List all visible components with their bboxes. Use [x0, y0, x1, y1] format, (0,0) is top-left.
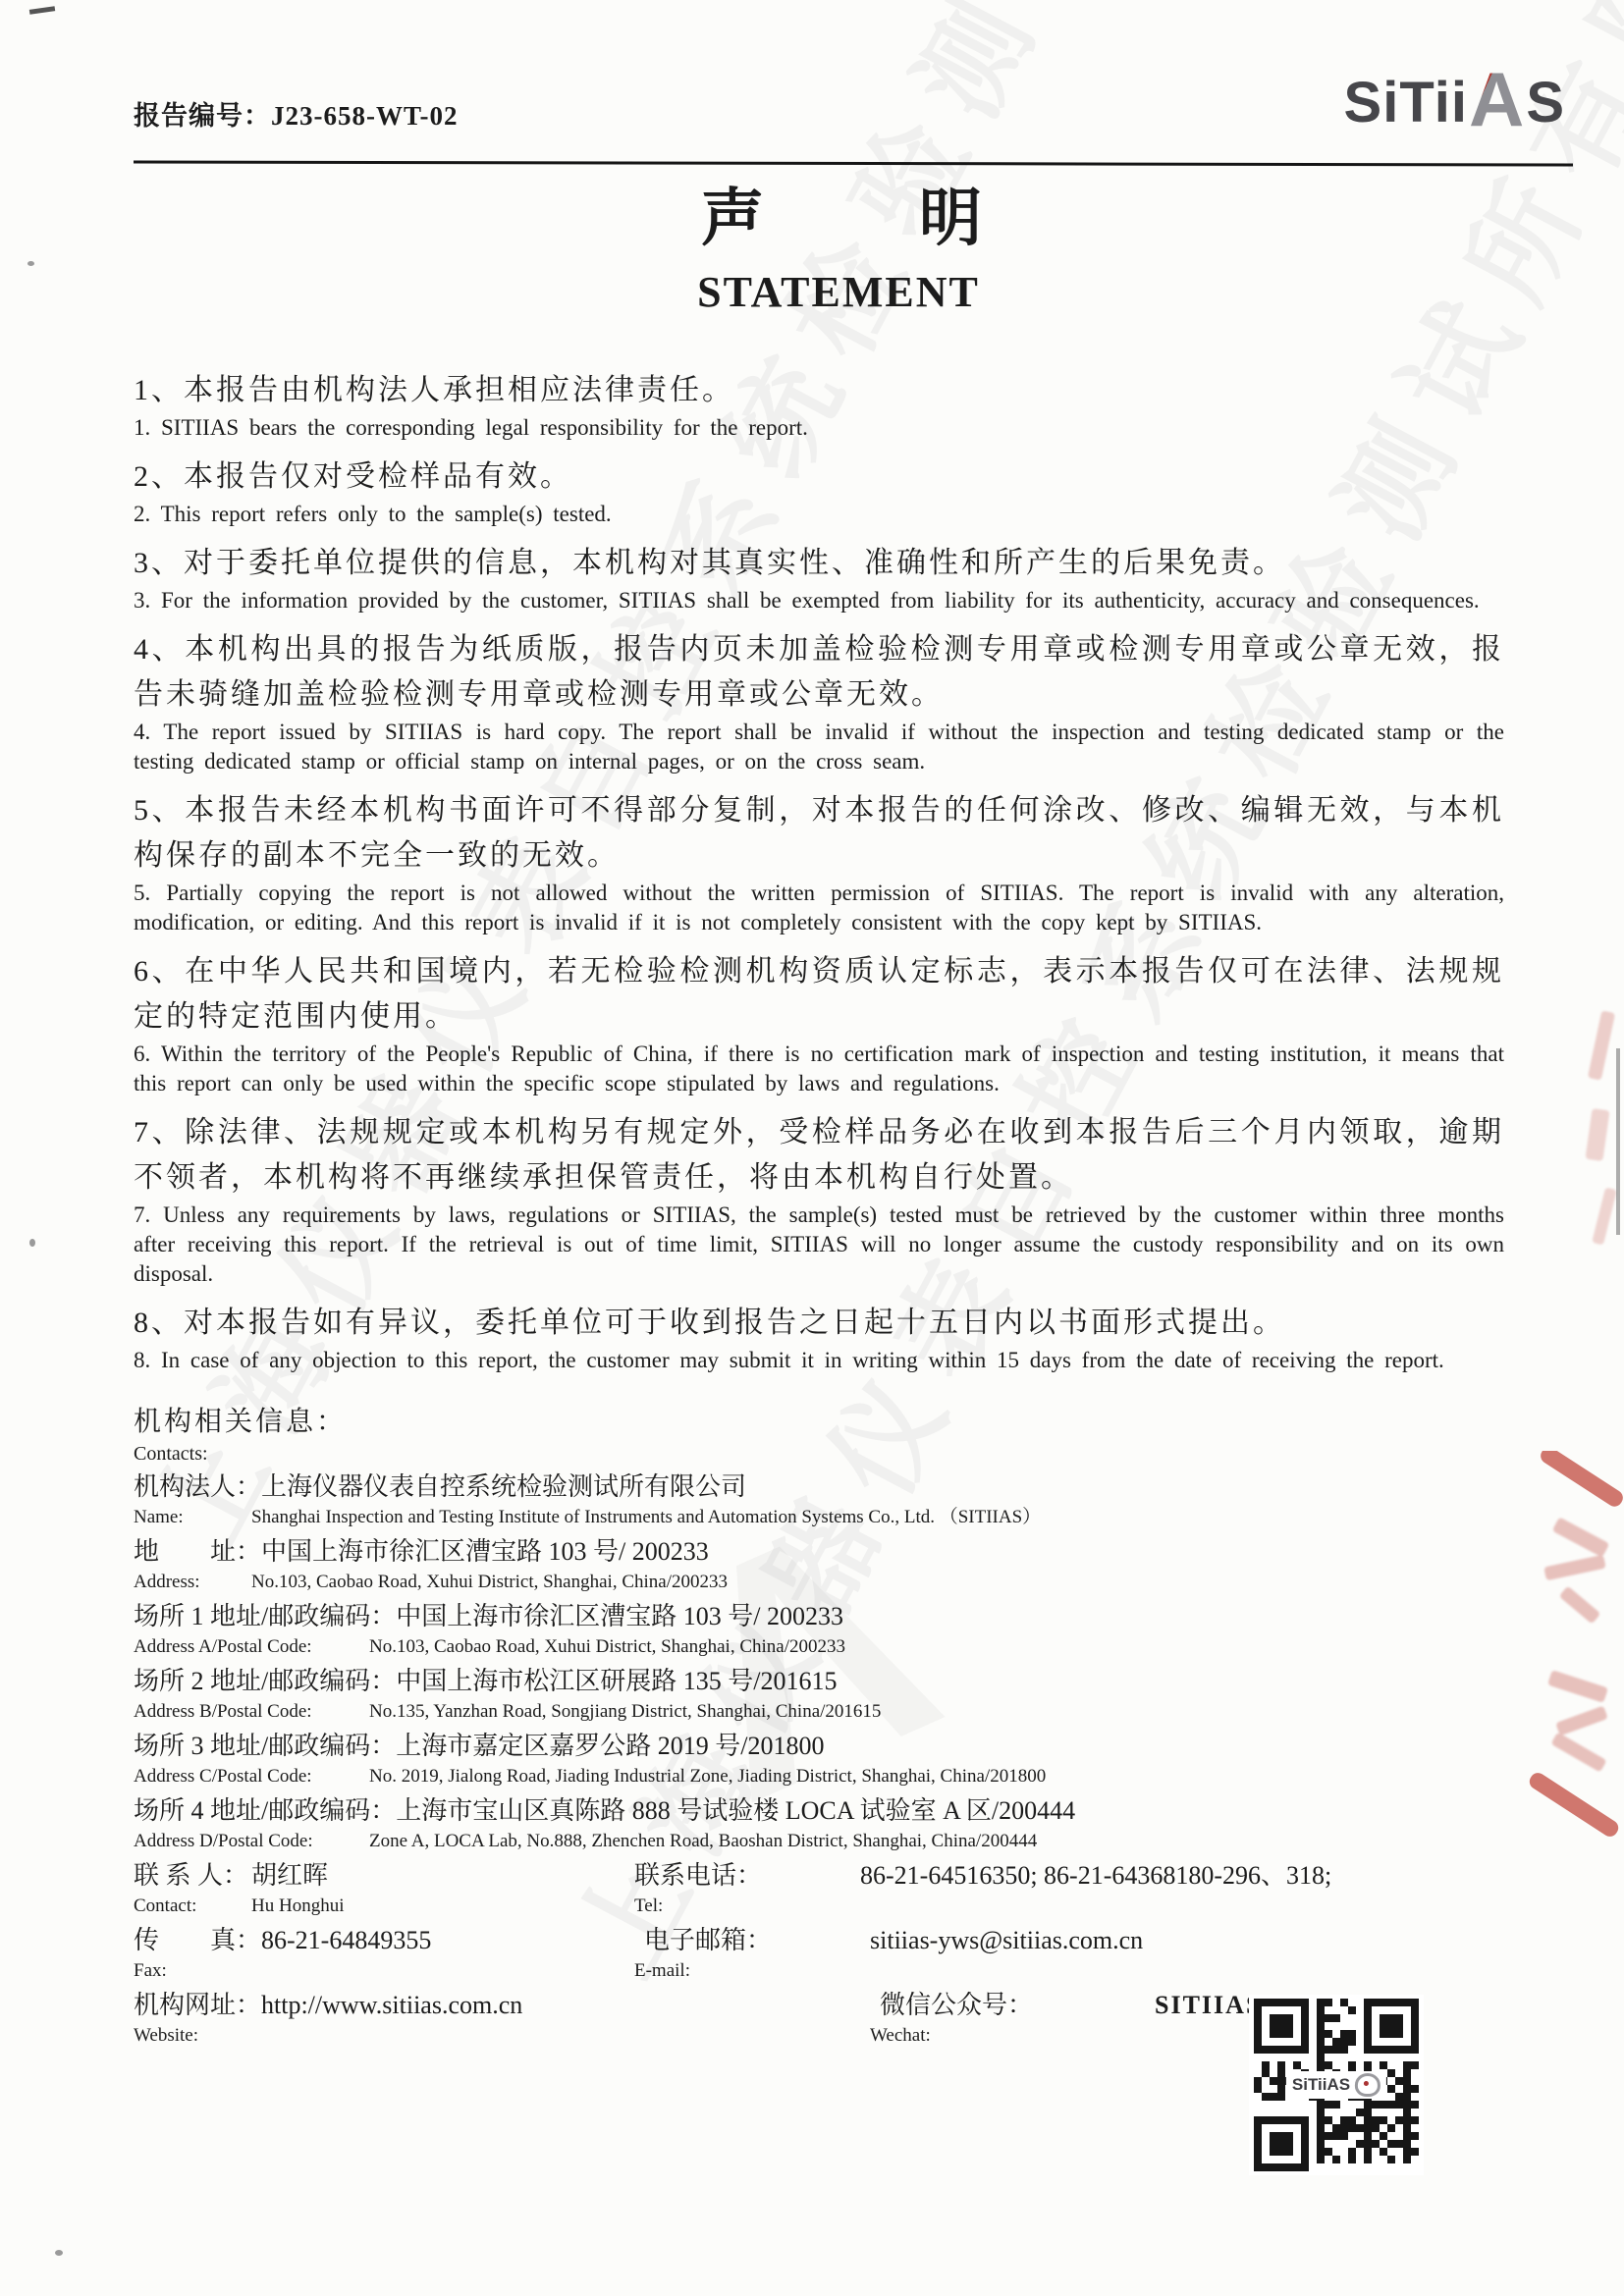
report-number: 报告编号：J23-658-WT-02: [134, 94, 459, 133]
contact-line-zh: 机构法人：上海仪器仪表自控系统检验测试所有限公司: [134, 1469, 1504, 1505]
contact-value-zh: 胡红晖: [251, 1858, 634, 1894]
contact-row: 地 址：中国上海市徐汇区漕宝路 103 号/ 200233Address:No.…: [134, 1534, 1504, 1595]
contact-label-en: Name:: [134, 1505, 251, 1530]
statement-text-en: 8. In case of any objection to this repo…: [134, 1346, 1504, 1375]
scan-speck: [29, 6, 55, 15]
contact-row: 机构法人：上海仪器仪表自控系统检验测试所有限公司Name:Shanghai In…: [134, 1469, 1504, 1530]
stamp-fragment-upper: [1555, 1001, 1624, 1256]
statement-text-zh: 8、对本报告如有异议，委托单位可于收到报告之日起十五日内以书面形式提出。: [134, 1301, 1504, 1346]
contacts-heading-en: Contacts:: [134, 1443, 1504, 1466]
contact-value-en: No. 2019, Jialong Road, Jiading Industri…: [369, 1764, 1504, 1789]
logo-text-right: S: [1526, 75, 1565, 132]
qr-finder-square: [1254, 2116, 1309, 2171]
contact-label-en: Address C/Postal Code:: [134, 1764, 369, 1789]
contact-line-zh: 场所 2 地址/邮政编码：中国上海市松江区研展路 135 号/201615: [134, 1664, 1504, 1699]
stamp-fragment-lower: [1501, 1451, 1624, 1893]
statement: 1、本报告由机构法人承担相应法律责任。1. SITIIAS bears the …: [134, 368, 1504, 443]
contact-label-zh: 联系电话：: [634, 1858, 860, 1894]
contact-value-en: Zone A, LOCA Lab, No.888, Zhenchen Road,…: [369, 1829, 1504, 1854]
contact-rows: 机构法人：上海仪器仪表自控系统检验测试所有限公司Name:Shanghai In…: [134, 1469, 1504, 1854]
contact-label-zh: 场所 2 地址/邮政编码：: [134, 1664, 396, 1699]
contact-label-en: E-mail:: [634, 1958, 860, 1984]
logo-letter-a: A: [1469, 69, 1525, 132]
logo-text-left: SiTii: [1344, 75, 1468, 132]
contact-label-en: Tel:: [634, 1894, 860, 1919]
contact-line-zh: 场所 1 地址/邮政编码：中国上海市徐汇区漕宝路 103 号/ 200233: [134, 1599, 1504, 1634]
title-char-right: 明: [919, 185, 982, 253]
contact-label-zh: 电子邮箱：: [644, 1923, 870, 1958]
statement-page: 上海仪器仪表自控系统检验测试所有限公司 上海仪器仪表自控系统检验测试所有限公司 …: [0, 0, 1624, 2296]
contact-label-zh: 场所 4 地址/邮政编码：: [134, 1793, 396, 1829]
contact-line-zh: 场所 4 地址/邮政编码：上海市宝山区真陈路 888 号试验楼 LOCA 试验室…: [134, 1793, 1504, 1829]
contact-value-zh: 上海市宝山区真陈路 888 号试验楼 LOCA 试验室 A 区/200444: [396, 1793, 1504, 1829]
contact-value-zh: sitiias-yws@sitiias.com.cn: [870, 1923, 1504, 1958]
statement-text-en: 6. Within the territory of the People's …: [134, 1040, 1504, 1098]
contact-label-zh: 机构法人：: [134, 1469, 261, 1505]
contact-line-en: Address D/Postal Code:Zone A, LOCA Lab, …: [134, 1829, 1504, 1854]
contact-line-en: Fax:E-mail:: [134, 1958, 1504, 1984]
contacts-section: 机构相关信息： Contacts: 机构法人：上海仪器仪表自控系统检验测试所有限…: [134, 1400, 1504, 2049]
scan-streak: [1616, 1048, 1620, 1235]
main-content: 声 明 STATEMENT 1、本报告由机构法人承担相应法律责任。1. SITI…: [134, 185, 1504, 2049]
contact-value-zh: 中国上海市徐汇区漕宝路 103 号/ 200233: [261, 1534, 1504, 1570]
statement: 5、本报告未经本机构书面许可不得部分复制，对本报告的任何涂改、修改、编辑无效，与…: [134, 788, 1504, 937]
contact-value-en: Hu Honghui: [251, 1894, 634, 1919]
statement: 2、本报告仅对受检样品有效。2. This report refers only…: [134, 454, 1504, 529]
statement-text-zh: 1、本报告由机构法人承担相应法律责任。: [134, 368, 1504, 413]
contact-label-en: Website:: [134, 2023, 251, 2049]
contact-line-en: Name:Shanghai Inspection and Testing Ins…: [134, 1505, 1504, 1530]
statement-text-en: 3. For the information provided by the c…: [134, 586, 1504, 615]
contact-row: 场所 1 地址/邮政编码：中国上海市徐汇区漕宝路 103 号/ 200233Ad…: [134, 1599, 1504, 1660]
statement-text-zh: 7、除法律、法规规定或本机构另有规定外，受检样品务必在收到本报告后三个月内领取，…: [134, 1110, 1504, 1201]
scan-speck: [27, 261, 34, 266]
qr-finder-square: [1364, 1999, 1419, 2054]
contact-label-en: Address B/Postal Code:: [134, 1699, 369, 1725]
statement-text-en: 4. The report issued by SITIIAS is hard …: [134, 718, 1504, 776]
contact-label-en: Wechat:: [870, 2023, 1145, 2049]
contact-label-zh: 地 址：: [134, 1534, 261, 1570]
contact-line-en: Contact:Hu HonghuiTel:: [134, 1894, 1504, 1919]
contact-row: 场所 3 地址/邮政编码：上海市嘉定区嘉罗公路 2019 号/201800Add…: [134, 1729, 1504, 1789]
statement-text-zh: 6、在中华人民共和国境内，若无检验检测机构资质认定标志，表示本报告仅可在法律、法…: [134, 949, 1504, 1040]
contact-value-zh: 中国上海市徐汇区漕宝路 103 号/ 200233: [396, 1599, 1504, 1634]
contact-value-en: No.103, Caobao Road, Xuhui District, Sha…: [251, 1570, 1504, 1595]
statement: 4、本机构出具的报告为纸质版，报告内页未加盖检验检测专用章或检测专用章或公章无效…: [134, 627, 1504, 776]
page-title-en: STATEMENT: [134, 267, 1504, 317]
contact-value-zh: 中国上海市松江区研展路 135 号/201615: [396, 1664, 1504, 1699]
contact-label-zh: 传 真：: [134, 1923, 261, 1958]
contact-label-zh: 场所 1 地址/邮政编码：: [134, 1599, 396, 1634]
contact-value-en: Shanghai Inspection and Testing Institut…: [251, 1505, 1504, 1530]
title-char-left: 声: [701, 185, 764, 253]
statement-text-en: 5. Partially copying the report is not a…: [134, 879, 1504, 937]
contact-line-zh: 传 真：86-21-64849355电子邮箱：sitiias-yws@sitii…: [134, 1923, 1504, 1958]
statement: 6、在中华人民共和国境内，若无检验检测机构资质认定标志，表示本报告仅可在法律、法…: [134, 949, 1504, 1098]
statements-list: 1、本报告由机构法人承担相应法律责任。1. SITIIAS bears the …: [134, 368, 1504, 1375]
report-number-label: 报告编号：: [134, 101, 271, 131]
contact-line-zh: 场所 3 地址/邮政编码：上海市嘉定区嘉罗公路 2019 号/201800: [134, 1729, 1504, 1764]
contacts-heading-zh: 机构相关信息：: [134, 1400, 1504, 1439]
contact-value-zh: 86-21-64516350; 86-21-64368180-296、318;: [860, 1858, 1504, 1894]
contact-label-en: Address A/Postal Code:: [134, 1634, 369, 1660]
contact-value-zh: http://www.sitiias.com.cn: [261, 1988, 644, 2023]
header-rule: [134, 160, 1573, 166]
qr-code: SiTiiAS: [1249, 1995, 1424, 2175]
contact-pair-row: 联 系 人：胡红晖联系电话：86-21-64516350; 86-21-6436…: [134, 1858, 1504, 1919]
contact-label-zh: 机构网址：: [134, 1988, 261, 2023]
statement-text-en: 7. Unless any requirements by laws, regu…: [134, 1201, 1504, 1289]
contact-value-en: No.103, Caobao Road, Xuhui District, Sha…: [369, 1634, 1504, 1660]
contact-label-en: Address:: [134, 1570, 251, 1595]
contact-label-zh: 联 系 人：: [134, 1858, 251, 1894]
statement-text-zh: 2、本报告仅对受检样品有效。: [134, 454, 1504, 500]
contact-line-en: Address B/Postal Code:No.135, Yanzhan Ro…: [134, 1699, 1504, 1725]
qr-logo-mascot-icon: [1355, 2073, 1380, 2097]
report-number-value: J23-658-WT-02: [271, 101, 459, 131]
contact-label-zh: 微信公众号：: [880, 1988, 1155, 2023]
sitiias-logo: SiTiiAS: [1344, 69, 1565, 132]
contact-line-en: Address C/Postal Code:No. 2019, Jialong …: [134, 1764, 1504, 1789]
statement-text-en: 2. This report refers only to the sample…: [134, 500, 1504, 529]
statement: 8、对本报告如有异议，委托单位可于收到报告之日起十五日内以书面形式提出。8. I…: [134, 1301, 1504, 1375]
page-title-zh: 声 明: [134, 185, 1504, 253]
contact-value-en: No.135, Yanzhan Road, Songjiang District…: [369, 1699, 1504, 1725]
scan-speck: [29, 1239, 35, 1247]
scan-speck: [55, 2250, 63, 2256]
statement-text-zh: 5、本报告未经本机构书面许可不得部分复制，对本报告的任何涂改、修改、编辑无效，与…: [134, 788, 1504, 879]
contact-label-en: Address D/Postal Code:: [134, 1829, 369, 1854]
contact-pair-row: 传 真：86-21-64849355电子邮箱：sitiias-yws@sitii…: [134, 1923, 1504, 1984]
qr-center-logo: SiTiiAS: [1286, 2071, 1386, 2099]
contact-value-zh: 上海市嘉定区嘉罗公路 2019 号/201800: [396, 1729, 1504, 1764]
contact-label-zh: 场所 3 地址/邮政编码：: [134, 1729, 396, 1764]
statement: 7、除法律、法规规定或本机构另有规定外，受检样品务必在收到本报告后三个月内领取，…: [134, 1110, 1504, 1289]
statement-text-en: 1. SITIIAS bears the corresponding legal…: [134, 413, 1504, 443]
statement-text-zh: 4、本机构出具的报告为纸质版，报告内页未加盖检验检测专用章或检测专用章或公章无效…: [134, 627, 1504, 718]
qr-logo-text: SiTiiAS: [1292, 2075, 1350, 2095]
contact-row: 场所 4 地址/邮政编码：上海市宝山区真陈路 888 号试验楼 LOCA 试验室…: [134, 1793, 1504, 1854]
contact-line-en: Address:No.103, Caobao Road, Xuhui Distr…: [134, 1570, 1504, 1595]
qr-finder-square: [1254, 1999, 1309, 2054]
contact-value-zh: 86-21-64849355: [261, 1923, 644, 1958]
contact-line-zh: 地 址：中国上海市徐汇区漕宝路 103 号/ 200233: [134, 1534, 1504, 1570]
statement: 3、对于委托单位提供的信息，本机构对其真实性、准确性和所产生的后果免责。3. F…: [134, 541, 1504, 615]
contact-line-zh: 联 系 人：胡红晖联系电话：86-21-64516350; 86-21-6436…: [134, 1858, 1504, 1894]
contact-label-en: Contact:: [134, 1894, 251, 1919]
contact-value-zh: 上海仪器仪表自控系统检验测试所有限公司: [261, 1469, 1504, 1505]
contact-line-en: Address A/Postal Code:No.103, Caobao Roa…: [134, 1634, 1504, 1660]
contact-row: 场所 2 地址/邮政编码：中国上海市松江区研展路 135 号/201615Add…: [134, 1664, 1504, 1725]
statement-text-zh: 3、对于委托单位提供的信息，本机构对其真实性、准确性和所产生的后果免责。: [134, 541, 1504, 586]
contact-label-en: Fax:: [134, 1958, 251, 1984]
